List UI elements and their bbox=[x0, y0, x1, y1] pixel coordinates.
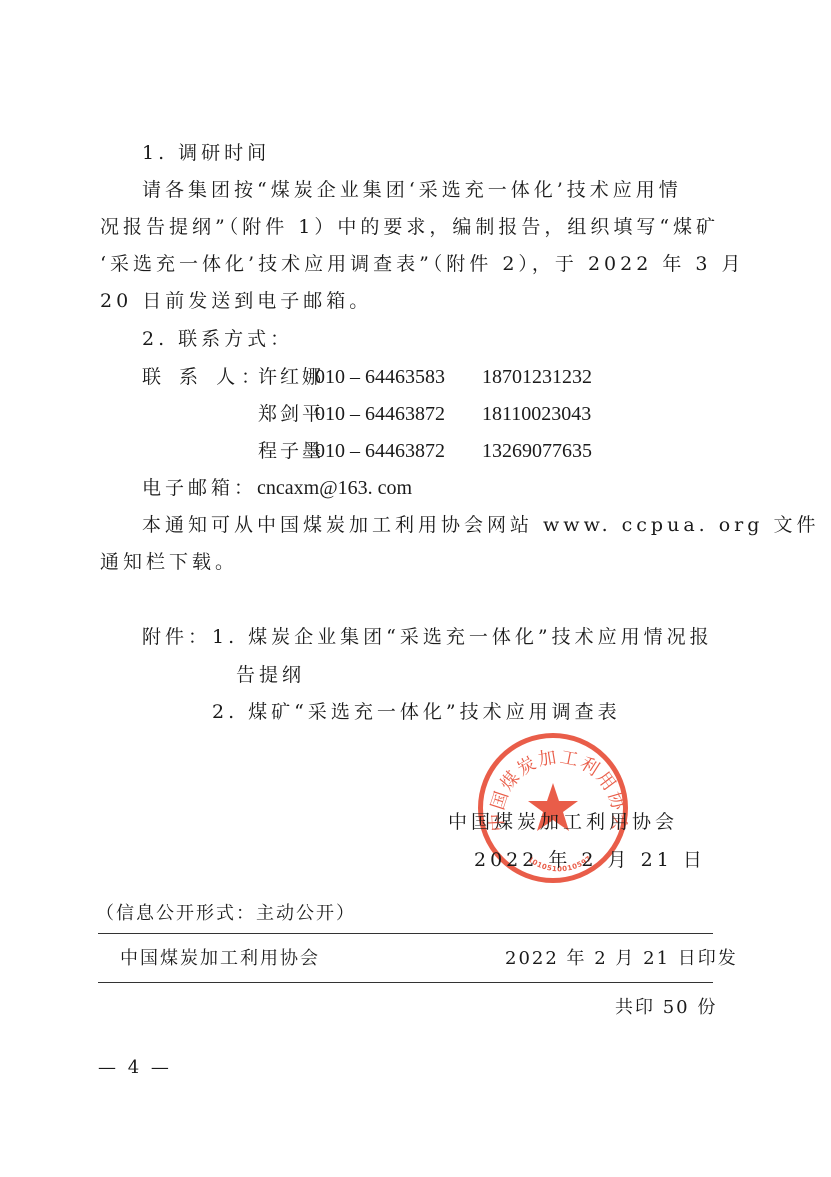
attachment-item: 2. 煤矿“采选充一体化”技术应用调查表 bbox=[212, 700, 621, 724]
signature-org: 中国煤炭加工利用协会 bbox=[448, 810, 678, 834]
attachment-item-cont: 告提纲 bbox=[236, 663, 305, 687]
contact-label: 联 系 人： bbox=[142, 365, 266, 389]
contact-mobile: 18701231232 bbox=[482, 365, 592, 389]
disclosure-note: （信息公开形式：主动公开） bbox=[96, 902, 356, 926]
attachment-item: 1. 煤炭企业集团“采选充一体化”技术应用情况报 bbox=[212, 625, 713, 649]
footer-rule-top bbox=[98, 933, 713, 934]
signature-date: 2022 年 2 月 21 日 bbox=[474, 848, 706, 872]
contact-mobile: 18110023043 bbox=[482, 402, 591, 426]
contact-mobile: 13269077635 bbox=[482, 439, 592, 463]
footer-copies: 共印 50 份 bbox=[615, 996, 717, 1020]
email-address[interactable]: cncaxm@163. com bbox=[257, 477, 412, 499]
section2-heading: 2. 联系方式： bbox=[142, 327, 293, 351]
download-line: 本通知可从中国煤炭加工利用协会网站 www. ccpua. org 文件 bbox=[142, 513, 819, 537]
section1-para-line: 况报告提纲”（附件 1）中的要求，编制报告，组织填写“煤矿 bbox=[100, 215, 719, 239]
email-label: 电子邮箱： bbox=[142, 477, 257, 499]
footer-issuer: 中国煤炭加工利用协会 bbox=[120, 947, 320, 971]
download-line: 通知栏下载。 bbox=[100, 550, 238, 574]
section1-para-line: 20 日前发送到电子邮箱。 bbox=[100, 289, 372, 313]
footer-issue-date: 2022 年 2 月 21 日印发 bbox=[505, 947, 738, 971]
page-number: — 4 — bbox=[98, 1056, 172, 1080]
contact-phone: 010 – 64463583 bbox=[315, 365, 445, 389]
footer-rule-bottom bbox=[98, 982, 713, 983]
section1-heading: 1. 调研时间 bbox=[142, 141, 270, 165]
section1-para-line: ‘采选充一体化’技术应用调查表”（附件 2），于 2022 年 3 月 bbox=[100, 252, 745, 276]
section1-para-line: 请各集团按“煤炭企业集团‘采选充一体化’技术应用情 bbox=[142, 178, 682, 202]
attachments-label: 附件： bbox=[142, 625, 211, 649]
contact-phone: 010 – 64463872 bbox=[315, 439, 445, 463]
email-row: 电子邮箱：cncaxm@163. com bbox=[142, 476, 412, 500]
contact-phone: 010 – 64463872 bbox=[315, 402, 445, 426]
